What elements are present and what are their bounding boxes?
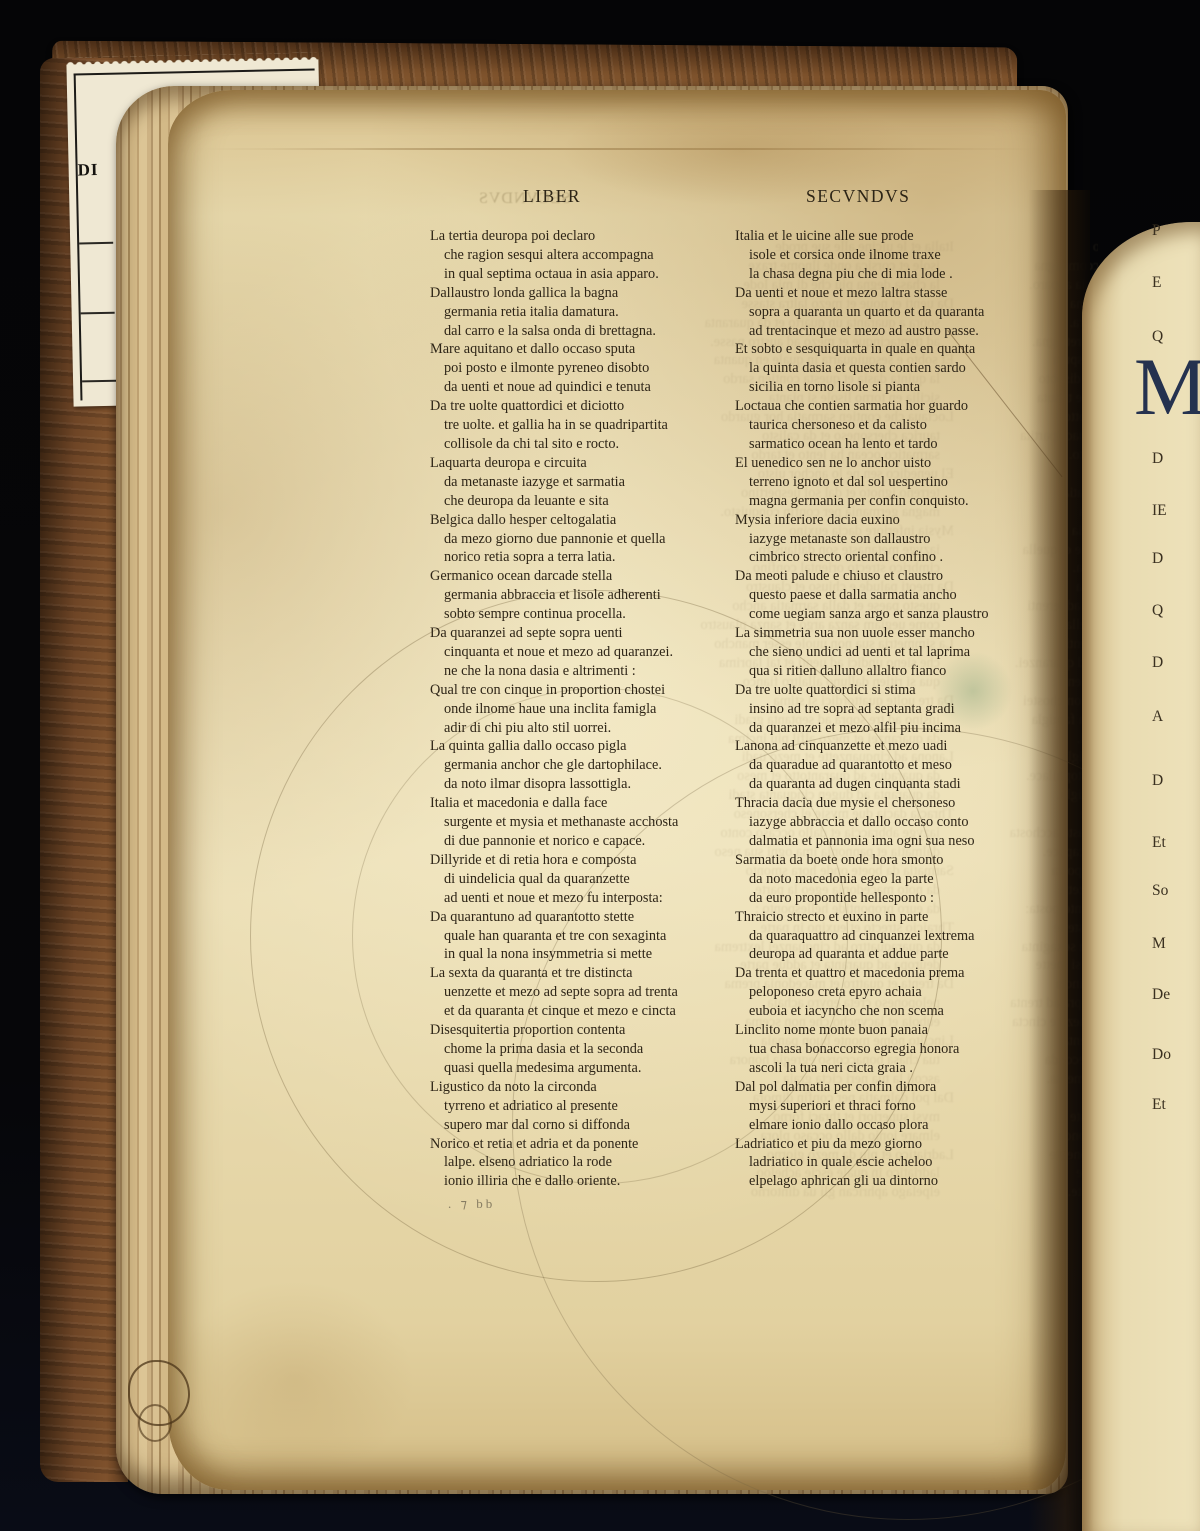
poem-line: Dillyride et di retia hora e composta — [430, 851, 736, 870]
poem-line: sarmatico ocean ha lento et tardo — [735, 435, 1041, 454]
poem-line: dal carro e la salsa onda di brettagna. — [430, 322, 736, 341]
poem-line: sopra a quaranta un quarto et da quarant… — [735, 303, 1041, 322]
photograph-of-open-incunable: DI SECVNDVS Italia et le uicine alle sue… — [0, 0, 1200, 1531]
poem-line: ne che la nona dasia e altrimenti : — [430, 662, 736, 681]
poem-line: Thraicio strecto et euxino in parte — [735, 908, 1041, 927]
poem-line: qua si ritien dalluno allaltro fianco — [735, 662, 1041, 681]
label-text: DI — [77, 160, 98, 180]
poem-line: Dallaustro londa gallica la bagna — [430, 284, 736, 303]
facing-page-partial-line-start: D — [1152, 654, 1163, 672]
running-head-secundus: SECVNDVS — [806, 186, 910, 207]
foxing-stain — [175, 1280, 415, 1480]
poem-line: da quaradue ad quarantotto et meso — [735, 756, 1041, 775]
facing-page-partial-line-start: Q — [1152, 328, 1163, 346]
poem-column-left: La tertia deuropa poi declaroche ragion … — [430, 227, 736, 1191]
poem-line: adir di chi piu alto stil uorrei. — [430, 719, 736, 738]
poem-line: Ladriatico et piu da mezo giorno — [735, 1135, 1041, 1154]
poem-line: onde ilnome haue una inclita famigla — [430, 700, 736, 719]
poem-line: germania abbraccia et lisole adherenti — [430, 586, 736, 605]
poem-line: di due pannonie et norico e capace. — [430, 832, 736, 851]
poem-line: Linclito nome monte buon panaia — [735, 1021, 1041, 1040]
poem-line: norico retia sopra a terra latia. — [430, 548, 736, 567]
facing-page-partial-line-start: D — [1152, 450, 1163, 468]
facing-page-partial-line-start: E — [1152, 274, 1161, 292]
poem-line: insino ad tre sopra ad septanta gradi — [735, 700, 1041, 719]
poem-line: Da tre uolte quattordici et diciotto — [430, 397, 736, 416]
facing-page-partial-line-start: P — [1152, 222, 1161, 240]
poem-line: Lanona ad cinquanzette et mezo uadi — [735, 737, 1041, 756]
poem-line: quale han quaranta et tre con sexaginta — [430, 927, 736, 946]
poem-line: di uindelicia qual da quaranzette — [430, 870, 736, 889]
poem-line: La simmetria sua non uuole esser mancho — [735, 624, 1041, 643]
poem-line: uenzette et mezo ad septe sopra ad trent… — [430, 983, 736, 1002]
poem-line: et da quaranta et cinque et mezo e cinct… — [430, 1002, 736, 1021]
poem-line: da noto ilmar disopra lassottigla. — [430, 775, 736, 794]
poem-line: la quinta dasia et questa contien sardo — [735, 359, 1041, 378]
poem-line: da noto macedonia egeo la parte — [735, 870, 1041, 889]
poem-line: quasi quella medesima argumenta. — [430, 1059, 736, 1078]
decorated-initial-m: M — [1134, 352, 1200, 422]
poem-line: questo paese et dalla sarmatia ancho — [735, 586, 1041, 605]
poem-line: da metanaste iazyge et sarmatia — [430, 473, 736, 492]
poem-line: da quaranzei et mezo alfil piu incima — [735, 719, 1041, 738]
poem-line: terreno ignoto et dal sol uespertino — [735, 473, 1041, 492]
poem-line: mysi superiori et thraci forno — [735, 1097, 1041, 1116]
poem-line: Italia et macedonia e dalla face — [430, 794, 736, 813]
poem-line: da uenti et noue ad quindici e tenuta — [430, 378, 736, 397]
poem-column-right: Italia et le uicine alle sue prodeisole … — [735, 227, 1041, 1191]
facing-page-partial-line-start: Q — [1152, 602, 1163, 620]
poem-line: poi posto e ilmonte pyreneo disobto — [430, 359, 736, 378]
facing-page-sliver: M PEQDIEDQDADEtSoMDeDoEt — [1082, 222, 1200, 1531]
poem-line: cinquanta et noue et mezo ad quaranzei. — [430, 643, 736, 662]
running-head-liber: LIBER — [523, 186, 581, 207]
poem-line: Et sobto e sesquiquarta in quale en quan… — [735, 340, 1041, 359]
poem-line: tre uolte. et gallia ha in se quadripart… — [430, 416, 736, 435]
poem-line: Sarmatia da boete onde hora smonto — [735, 851, 1041, 870]
facing-page-partial-line-start: D — [1152, 772, 1163, 790]
poem-line: che deuropa da leuante e sita — [430, 492, 736, 511]
facing-page-partial-line-start: Et — [1152, 1096, 1166, 1114]
poem-line: deuropa ad quaranta et addue parte — [735, 945, 1041, 964]
poem-line: che sieno undici ad uenti et tal laprima — [735, 643, 1041, 662]
poem-line: chome la prima dasia et la seconda — [430, 1040, 736, 1059]
poem-line: Belgica dallo hesper celtogalatia — [430, 511, 736, 530]
quire-signature: . ⁊ bb — [448, 1196, 495, 1212]
poem-line: germania retia italia damatura. — [430, 303, 736, 322]
poem-line: iazyge abbraccia et dallo occaso conto — [735, 813, 1041, 832]
poem-line: tyrreno et adriatico al presente — [430, 1097, 736, 1116]
poem-line: Da quarantuno ad quarantotto stette — [430, 908, 736, 927]
poem-line: da mezo giorno due pannonie et quella — [430, 530, 736, 549]
poem-line: iazyge metanaste son dallaustro — [735, 530, 1041, 549]
facing-page-partial-line-start: Do — [1152, 1046, 1171, 1064]
facing-page-partial-line-start: So — [1152, 882, 1168, 900]
facing-page-partial-line-start: M — [1152, 935, 1166, 953]
poem-line: La tertia deuropa poi declaro — [430, 227, 736, 246]
poem-line: Thracia dacia due mysie el chersoneso — [735, 794, 1041, 813]
poem-line: in qual septima octaua in asia apparo. — [430, 265, 736, 284]
poem-line: elmare ionio dallo occaso plora — [735, 1116, 1041, 1135]
poem-line: Laquarta deuropa e circuita — [430, 454, 736, 473]
poem-line: Ligustico da noto la circonda — [430, 1078, 736, 1097]
poem-line: tua chasa bonaccorso egregia honora — [735, 1040, 1041, 1059]
poem-line: ad trentacinque et mezo ad austro passe. — [735, 322, 1041, 341]
poem-line: Da uenti et noue et mezo laltra stasse — [735, 284, 1041, 303]
facing-page-partial-line-start: De — [1152, 986, 1170, 1004]
poem-line: sicilia en torno lisole si pianta — [735, 378, 1041, 397]
poem-line: peloponeso creta epyro achaia — [735, 983, 1041, 1002]
poem-line: ascoli la tua neri cicta graia . — [735, 1059, 1041, 1078]
poem-line: che ragion sesqui altera accompagna — [430, 246, 736, 265]
gutter-shadow — [1028, 190, 1090, 1531]
poem-line: Loctaua che contien sarmatia hor guardo — [735, 397, 1041, 416]
poem-line: Da trenta et quattro et macedonia prema — [735, 964, 1041, 983]
poem-line: surgente et mysia et methanaste acchosta — [430, 813, 736, 832]
poem-line: Da quaranzei ad septe sopra uenti — [430, 624, 736, 643]
poem-line: collisole da chi tal sito e rocto. — [430, 435, 736, 454]
poem-line: Italia et le uicine alle sue prode — [735, 227, 1041, 246]
poem-line: ladriatico in quale escie acheloo — [735, 1153, 1041, 1172]
poem-line: in qual la nona insymmetria si mette — [430, 945, 736, 964]
poem-line: da quaraquattro ad cinquanzei lextrema — [735, 927, 1041, 946]
poem-line: germania anchor che gle dartophilace. — [430, 756, 736, 775]
poem-line: taurica chersoneso et da calisto — [735, 416, 1041, 435]
poem-line: lalpe. elseno adriatico la rode — [430, 1153, 736, 1172]
facing-page-partial-line-start: Et — [1152, 834, 1166, 852]
poem-line: La sexta da quaranta et tre distincta — [430, 964, 736, 983]
poem-line: Germanico ocean darcade stella — [430, 567, 736, 586]
poem-line: come uegiam sanza argo et sanza plaustro — [735, 605, 1041, 624]
poem-line: El uenedico sen ne lo anchor uisto — [735, 454, 1041, 473]
facing-page-partial-line-start: D — [1152, 550, 1163, 568]
poem-line: elpelago aphrican gli ua dintorno — [735, 1172, 1041, 1191]
poem-line: ionio illiria che e dallo oriente. — [430, 1172, 736, 1191]
poem-line: la chasa degna piu che di mia lode . — [735, 265, 1041, 284]
poem-line: Qual tre con cinque in proportion choste… — [430, 681, 736, 700]
poem-line: Disesquitertia proportion contenta — [430, 1021, 736, 1040]
poem-line: magna germania per confin conquisto. — [735, 492, 1041, 511]
poem-line: Da meoti palude e chiuso et claustro — [735, 567, 1041, 586]
poem-line: Mysia inferiore dacia euxino — [735, 511, 1041, 530]
poem-line: isole et corsica onde ilnome traxe — [735, 246, 1041, 265]
poem-line: Da tre uolte quattordici si stima — [735, 681, 1041, 700]
facing-page-partial-line-start: A — [1152, 708, 1163, 726]
poem-line: dalmatia et pannonia ima ogni sua neso — [735, 832, 1041, 851]
poem-line: Dal pol dalmatia per confin dimora — [735, 1078, 1041, 1097]
poem-line: La quinta gallia dallo occaso pigla — [430, 737, 736, 756]
poem-line: sobto sempre continua procella. — [430, 605, 736, 624]
poem-line: Norico et retia et adria et da ponente — [430, 1135, 736, 1154]
poem-line: euboia et iacyncho che non scema — [735, 1002, 1041, 1021]
poem-line: supero mar dal corno si diffonda — [430, 1116, 736, 1135]
poem-line: ad uenti et noue et mezo fu interposta: — [430, 889, 736, 908]
facing-page-partial-line-start: IE — [1152, 502, 1167, 520]
poem-line: Mare aquitano et dallo occaso sputa — [430, 340, 736, 359]
poem-line: da euro propontide hellesponto : — [735, 889, 1041, 908]
poem-line: cimbrico strecto oriental confino . — [735, 548, 1041, 567]
poem-line: da quaranta ad dugen cinquanta stadi — [735, 775, 1041, 794]
ink-doodle-on-page-edge — [138, 1404, 172, 1442]
